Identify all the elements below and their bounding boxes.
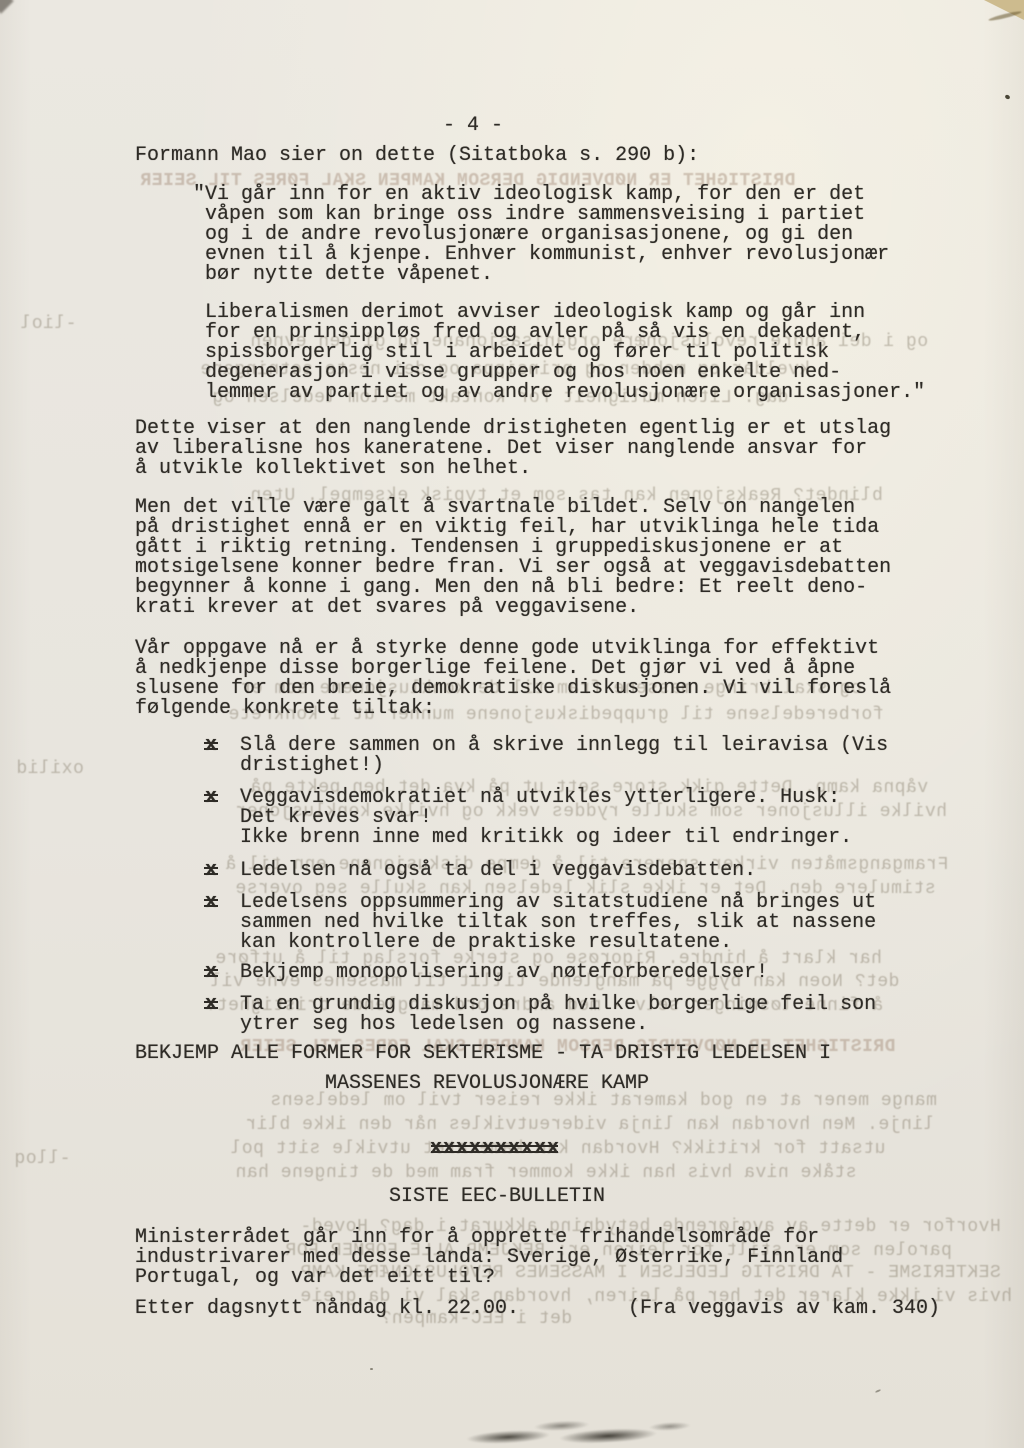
- list-item: x Veggavisdemokratiet nå utvikles ytterl…: [205, 788, 945, 848]
- bleedthrough-text: -liol: [20, 315, 77, 333]
- list-item: x Slå dere sammen on å skrive innlegg ti…: [205, 736, 945, 776]
- quote-paragraph: Liberalismen derimot avviser ideologisk …: [205, 303, 945, 403]
- list-item-text: Slå dere sammen on å skrive innlegg til …: [240, 736, 888, 776]
- document-body: - 4 - Formann Mao sier on dette (Sitatbo…: [135, 116, 945, 1319]
- divider-row: xxxxxxxxxx: [135, 1139, 945, 1159]
- slogan-line-2: MASSENES REVOLUSJONÆRE KAMP: [325, 1074, 945, 1094]
- pencil-mark: [875, 1389, 881, 1393]
- body-paragraph: Vår oppgave nå er å styrke denne gode ut…: [135, 639, 945, 719]
- overstruck-x-marker: x: [205, 893, 219, 953]
- overstruck-x-divider: xxxxxxxxxx: [430, 1139, 560, 1159]
- page-number: - 4 -: [443, 116, 945, 136]
- intro-line: Formann Mao sier on dette (Sitatboka s. …: [135, 146, 945, 166]
- ink-speck: [370, 1368, 373, 1370]
- bleedthrough-text: -lloq: [14, 1150, 71, 1168]
- list-item: x Ledelsen nå også ta del i veggavisdeba…: [205, 861, 945, 881]
- bulletin-footer-right: (Fra veggavis av kam. 340): [628, 1299, 940, 1319]
- list-item: x Bekjemp monopolisering av nøteforbered…: [205, 963, 945, 983]
- body-paragraph: Men det ville være galt å svartnale bild…: [135, 498, 945, 618]
- list-item: x Ledelsens oppsummering av sitatstudien…: [205, 893, 945, 953]
- body-paragraph: Dette viser at den nanglende dristighete…: [135, 419, 945, 479]
- bulletin-title: SISTE EEC-BULLETIN: [389, 1187, 945, 1207]
- list-item-text: Ledelsen nå også ta del i veggavisdebatt…: [240, 861, 756, 881]
- slogan-line-1: BEKJEMP ALLE FORMER FOR SEKTERISME - TA …: [135, 1044, 945, 1064]
- list-item-text: Bekjemp monopolisering av nøteforberedel…: [240, 963, 768, 983]
- mao-quote-block: "Vi går inn for en aktiv ideologisk kamp…: [205, 185, 945, 403]
- list-item-text: Ta en grundig diskusjon på hvilke borger…: [240, 995, 876, 1035]
- bulletin-footer: Etter dagsnytt nåndag kl. 22.00. (Fra ve…: [135, 1299, 940, 1319]
- bulletin-footer-left: Etter dagsnytt nåndag kl. 22.00.: [135, 1299, 519, 1319]
- overstruck-x-marker: x: [205, 963, 219, 983]
- overstruck-x-marker: x: [205, 736, 219, 776]
- ink-smudge: [439, 1395, 711, 1448]
- scanned-typewritten-page: DRISTIGHET ER NØDVENDIG DERSOM KAMPEN SK…: [0, 0, 1024, 1448]
- overstruck-x-marker: x: [205, 995, 219, 1035]
- corner-shadow: [0, 0, 14, 14]
- list-item: Slå dere sammen on å skrive innlegg til …: [205, 995, 945, 1035]
- quote-paragraph: "Vi går inn for en aktiv ideologisk kamp…: [205, 185, 945, 285]
- overstruck-x-marker: x: [205, 861, 219, 881]
- list-item-text: Veggavisdemokratiet nå utvikles ytterlig…: [240, 788, 852, 848]
- overstruck-x-marker: x: [205, 788, 219, 848]
- bulletin-body: Ministerrådet går inn for å opprette fri…: [135, 1228, 945, 1288]
- list-item-text: Ledelsens oppsummering av sitatstudiene …: [240, 893, 876, 953]
- ink-speck: [1004, 94, 1010, 100]
- bleedthrough-text: oxilid: [16, 760, 84, 778]
